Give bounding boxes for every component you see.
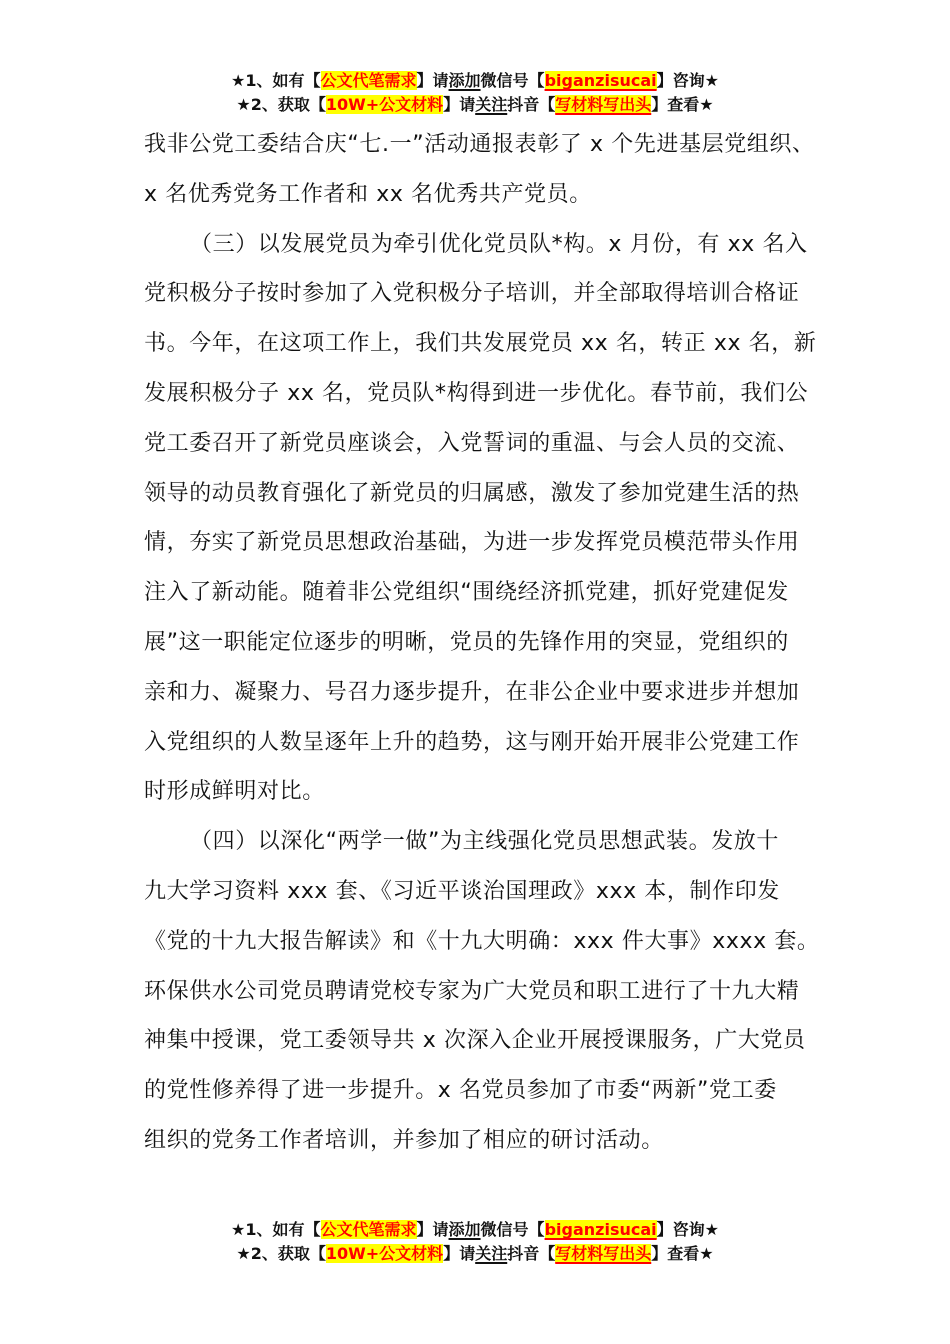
promo-text: 微信号【: [481, 1220, 545, 1239]
promo-text: 】咨询★: [657, 71, 719, 90]
promo-text: 】请: [443, 1244, 475, 1263]
promo-text: ★1、如有【: [231, 1220, 320, 1239]
promo-underline-follow: 关注: [475, 95, 507, 114]
text-line: 书。今年，在这项工作上，我们共发展党员 xx 名，转正 xx 名，新: [144, 319, 814, 369]
promo-text: 】请: [417, 1220, 449, 1239]
text-line: 《党的十九大报告解读》和《十九大明确：xxx 件大事》xxxx 套。: [144, 917, 814, 967]
promo-text: 】请: [443, 95, 475, 114]
promo-wechat-id: biganzisucai: [545, 1220, 657, 1239]
promo-line-2: ★2、获取【10W+公文材料】请关注抖音【写材料写出头】查看★: [0, 93, 950, 117]
text-line: 亲和力、凝聚力、号召力逐步提升，在非公企业中要求进步并想加: [144, 668, 814, 718]
promo-line-2: ★2、获取【10W+公文材料】请关注抖音【写材料写出头】查看★: [0, 1242, 950, 1266]
document-page: ★1、如有【公文代笔需求】请添加微信号【biganzisucai】咨询★ ★2、…: [0, 0, 950, 1344]
promo-line-1: ★1、如有【公文代笔需求】请添加微信号【biganzisucai】咨询★: [0, 69, 950, 93]
text-line: 时形成鲜明对比。: [144, 767, 814, 817]
text-line: 党工委召开了新党员座谈会，入党誓词的重温、与会人员的交流、: [144, 419, 814, 469]
promo-text: 】查看★: [651, 95, 713, 114]
text-line: 环保供水公司党员聘请党校专家为广大党员和职工进行了十九大精: [144, 967, 814, 1017]
promo-line-1: ★1、如有【公文代笔需求】请添加微信号【biganzisucai】咨询★: [0, 1218, 950, 1242]
promo-highlight-materials: 10W+公文材料: [326, 1244, 443, 1263]
promo-text: ★2、获取【: [236, 1244, 325, 1263]
promo-underline-add: 添加: [449, 1220, 481, 1239]
promo-wechat-id: biganzisucai: [545, 71, 657, 90]
promo-text: 】查看★: [651, 1244, 713, 1263]
text-line: 九大学习资料 xxx 套、《习近平谈治国理政》xxx 本，制作印发: [144, 867, 814, 917]
promo-underline-follow: 关注: [475, 1244, 507, 1263]
promo-highlight-service: 公文代笔需求: [321, 1220, 417, 1239]
promo-text: ★1、如有【: [231, 71, 320, 90]
document-body: 我非公党工委结合庆“七.一”活动通报表彰了 x 个先进基层党组织、 x 名优秀党…: [144, 120, 814, 1166]
text-line: 神集中授课，党工委领导共 x 次深入企业开展授课服务，广大党员: [144, 1016, 814, 1066]
promo-text: 微信号【: [481, 71, 545, 90]
text-line: x 名优秀党务工作者和 xx 名优秀共产党员。: [144, 170, 814, 220]
text-line: 情，夯实了新党员思想政治基础，为进一步发挥党员模范带头作用: [144, 518, 814, 568]
text-line: 发展积极分子 xx 名，党员队*构得到进一步优化。春节前，我们公: [144, 369, 814, 419]
footer-promo-banner: ★1、如有【公文代笔需求】请添加微信号【biganzisucai】咨询★ ★2、…: [0, 1218, 950, 1266]
text-line: 组织的党务工作者培训，并参加了相应的研讨活动。: [144, 1116, 814, 1166]
promo-text: ★2、获取【: [236, 95, 325, 114]
promo-douyin-account: 写材料写出头: [555, 95, 651, 114]
text-line: 领导的动员教育强化了新党员的归属感，激发了参加党建生活的热: [144, 469, 814, 519]
section-heading-line-3: （三）以发展党员为牵引优化党员队*构。x 月份，有 xx 名入: [144, 220, 814, 270]
section-heading-line-4: （四）以深化“两学一做”为主线强化党员思想武装。发放十: [144, 817, 814, 867]
promo-douyin-account: 写材料写出头: [555, 1244, 651, 1263]
header-promo-banner: ★1、如有【公文代笔需求】请添加微信号【biganzisucai】咨询★ ★2、…: [0, 69, 950, 117]
promo-highlight-materials: 10W+公文材料: [326, 95, 443, 114]
text-line: 的党性修养得了进一步提升。x 名党员参加了市委“两新”党工委: [144, 1066, 814, 1116]
text-line: 展”这一职能定位逐步的明晰，党员的先锋作用的突显，党组织的: [144, 618, 814, 668]
text-line: 注入了新动能。随着非公党组织“围绕经济抓党建，抓好党建促发: [144, 568, 814, 618]
promo-text: 抖音【: [507, 95, 555, 114]
text-line: 入党组织的人数呈逐年上升的趋势，这与刚开始开展非公党建工作: [144, 718, 814, 768]
text-line: 党积极分子按时参加了入党积极分子培训，并全部取得培训合格证: [144, 269, 814, 319]
promo-text: 】请: [417, 71, 449, 90]
promo-highlight-service: 公文代笔需求: [321, 71, 417, 90]
promo-text: 】咨询★: [657, 1220, 719, 1239]
promo-text: 抖音【: [507, 1244, 555, 1263]
text-line: 我非公党工委结合庆“七.一”活动通报表彰了 x 个先进基层党组织、: [144, 120, 814, 170]
promo-underline-add: 添加: [449, 71, 481, 90]
